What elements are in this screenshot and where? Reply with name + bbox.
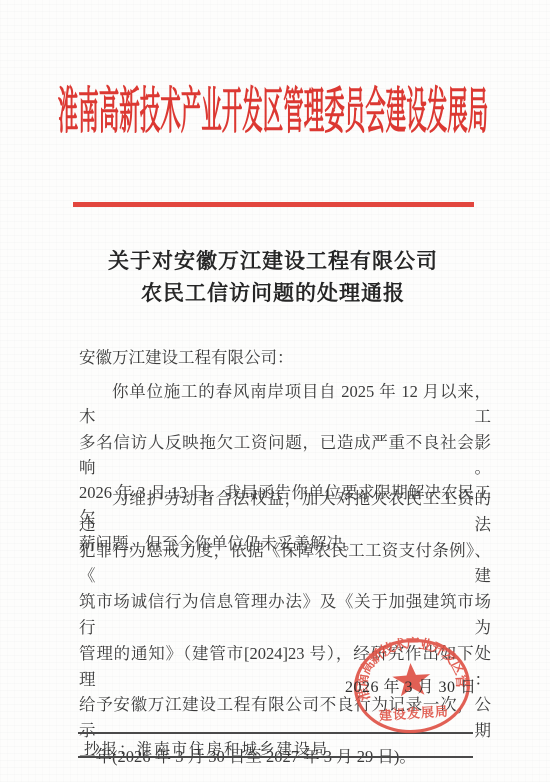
cc-divider-bottom — [78, 756, 473, 758]
body-line: 你单位施工的春风南岸项目自 2025 年 12 月以来，木工 — [79, 379, 491, 430]
doc-title-line-2: 农民工信访问题的处理通报 — [0, 277, 546, 307]
recipient-line: 安徽万江建设工程有限公司： — [79, 346, 491, 370]
body-line: 多名信访人反映拖欠工资问题，已造成严重不良社会影响。 — [79, 430, 491, 481]
scanned-document-page: 淮南高新技术产业开发区管理委员会建设发展局 关于对安徽万江建设工程有限公司 农民… — [0, 0, 550, 782]
body-line: 犯罪行为惩戒力度，依据《保障农民工工资支付条例》、《建 — [79, 538, 491, 590]
body-line: 筑市场诚信行为信息管理办法》及《关于加强建筑市场行为 — [79, 589, 491, 641]
issue-date: 2026 年 3 月 30 日 — [345, 674, 477, 697]
agency-header: 淮南高新技术产业开发区管理委员会建设发展局 — [58, 84, 489, 139]
doc-title-line-1: 关于对安徽万江建设工程有限公司 — [0, 245, 546, 275]
body-line: 为维护劳动者合法权益，加大对拖欠农民工工资的违法 — [79, 486, 491, 538]
red-divider — [73, 202, 474, 207]
seal-bottom-text: 建设发展局 — [377, 704, 449, 724]
